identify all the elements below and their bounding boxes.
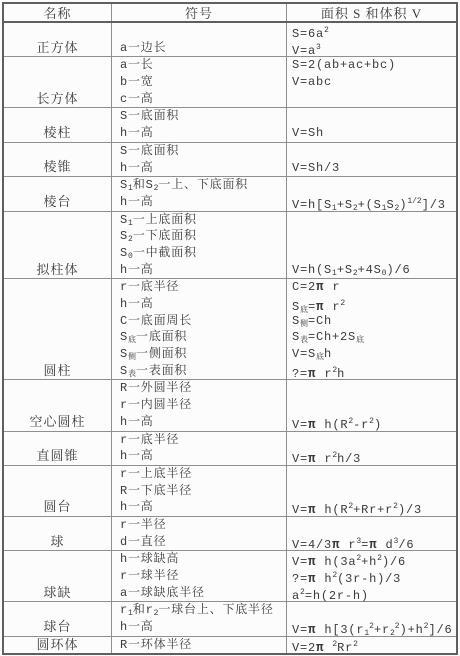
formula-line [292,228,456,245]
symbol-line: h一高 [120,619,286,636]
table-body: 正方体a一边长S=6a2V=a3长方体a一长b一宽c一高S=2(ab+ac+bc… [4,23,456,653]
symbol-line: S1一上底面积 [120,212,286,229]
formula-line [292,397,456,414]
shape-name: 球台 [43,619,71,636]
formula-cell: V=Sh/3 [287,143,456,176]
table-row: 棱台S1和S2一上、下底面积h一高V=h[S1+S2+(S1S2)1/2]/3 [4,177,456,211]
symbol-cell: S一底面积h一高 [112,108,287,141]
symbol-line: r一底半径 [120,279,286,296]
symbol-line: R一下底半径 [120,483,286,500]
table-row: 长方体a一长b一宽c一高S=2(ab+ac+bc)V=abc [4,57,456,108]
shape-name-cell: 球 [4,517,112,550]
formula-cell: V=π h[3(r12+r22)+h2]/6 [287,602,456,635]
symbol-cell: a一长b一宽c一高 [112,57,287,107]
shape-name: 棱锥 [43,159,71,176]
formula-cell: V=π h(R2+Rr+r2)/3 [287,466,456,516]
formula-line: V=4/3π r3=π d3/6 [292,534,456,551]
table-row: 圆柱r一底半径h一高C一底面周长S底一底面积S侧一侧面积S表一表面积C=2π r… [4,279,456,380]
formula-line [292,91,456,108]
formula-line: V=π h(R2+Rr+r2)/3 [292,499,456,516]
shape-name: 球 [50,534,64,551]
symbol-line: r一内圆半径 [120,397,286,414]
formula-line [292,380,456,397]
formula-line [292,177,456,194]
formula-line: ?=π r2h [292,363,456,380]
symbol-line: a一边长 [120,40,286,57]
shape-name-cell: 球缺 [4,551,112,601]
formula-line: V=Sh/3 [292,160,456,177]
formula-line: V=S底h [292,346,456,363]
symbol-cell: S1一上底面积S2一下底面积S0一中截面积h一高 [112,212,287,279]
table-row: 正方体a一边长S=6a2V=a3 [4,23,456,57]
formula-line [292,245,456,262]
symbol-line: r1和r2一球台上、下底半径 [120,602,286,619]
shape-name: 长方体 [36,91,78,108]
header-formula: 面积 S 和体积 V [287,4,456,21]
symbol-line: S0一中截面积 [120,245,286,262]
formula-cell: V=2π 2Rr2 [287,637,456,654]
shape-name-cell: 棱柱 [4,108,112,141]
symbol-line: h一高 [120,296,286,313]
symbol-cell: h一球缺高r一球半径a一球缺底半径 [112,551,287,601]
symbol-line [120,23,286,40]
table-row: 球台r1和r2一球台上、下底半径h一高V=π h[3(r12+r22)+h2]/… [4,602,456,636]
formula-line [292,143,456,160]
formula-line: V=abc [292,74,456,91]
symbol-line: h一高 [120,160,286,177]
shape-name: 圆环体 [36,637,78,654]
shape-name: 棱台 [43,194,71,211]
formula-cell: V=4/3π r3=π d3/6 [287,517,456,550]
formula-cell: S=6a2V=a3 [287,23,456,56]
formula-cell: V=π r2h/3 [287,432,456,465]
formula-line: V=π h(R2-r2) [292,414,456,431]
formula-line: V=π h[3(r12+r22)+h2]/6 [292,619,456,636]
symbol-line: r一上底半径 [120,466,286,483]
formula-line: V=h(S1+S2+4S0)/6 [292,262,456,279]
shape-name: 正方体 [36,40,78,57]
table-row: 圆台r一上底半径R一下底半径h一高V=π h(R2+Rr+r2)/3 [4,466,456,517]
symbol-cell: S一底面积h一高 [112,143,287,176]
formula-line: ?=π h2(3r-h)/3 [292,568,456,585]
symbol-line: r一球半径 [120,568,286,585]
shape-name-cell: 直圆锥 [4,432,112,465]
table-row: 拟柱体S1一上底面积S2一下底面积S0一中截面积h一高V=h(S1+S2+4S0… [4,212,456,280]
symbol-line: h一球缺高 [120,551,286,568]
table-row: 球缺h一球缺高r一球半径a一球缺底半径V=π h(3a2+h2)/6?=π h2… [4,551,456,602]
formula-cell: V=π h(R2-r2) [287,380,456,430]
symbol-cell: r1和r2一球台上、下底半径h一高 [112,602,287,635]
shape-name: 空心圆柱 [29,414,85,431]
shape-name: 棱柱 [43,125,71,142]
formula-line [292,466,456,483]
table-row: 球r一半径d一直径V=4/3π r3=π d3/6 [4,517,456,551]
table-row: 棱锥S一底面积h一高V=Sh/3 [4,143,456,177]
symbol-line: S2一下底面积 [120,228,286,245]
table-header: 名称 符号 面积 S 和体积 V [4,4,456,23]
formula-line [292,108,456,125]
header-name: 名称 [4,4,112,21]
formula-line: a2=h(2r-h) [292,585,456,602]
symbol-cell: r一半径d一直径 [112,517,287,550]
formula-line: V=Sh [292,125,456,142]
shape-name: 拟柱体 [36,262,78,279]
shape-name-cell: 球台 [4,602,112,635]
symbol-cell: a一边长 [112,23,287,56]
formula-line: S底=π r2 [292,296,456,313]
shape-name-cell: 拟柱体 [4,212,112,279]
formula-line: C=2π r [292,279,456,296]
formula-cell: V=h[S1+S2+(S1S2)1/2]/3 [287,177,456,210]
symbol-cell: S1和S2一上、下底面积h一高 [112,177,287,210]
formula-cell: V=h(S1+S2+4S0)/6 [287,212,456,279]
symbol-line: S表一表面积 [120,363,286,380]
symbol-line: h一高 [120,262,286,279]
shape-name-cell: 棱台 [4,177,112,210]
shape-name-cell: 正方体 [4,23,112,56]
symbol-line: r一底半径 [120,432,286,449]
table-row: 直圆锥r一底半径h一高V=π r2h/3 [4,432,456,466]
symbol-line: c一高 [120,91,286,108]
table-row: 棱柱S一底面积h一高V=Sh [4,108,456,142]
symbol-line: S一底面积 [120,108,286,125]
symbol-line: R一外圆半径 [120,380,286,397]
symbol-line: h一高 [120,125,286,142]
symbol-line: b一宽 [120,74,286,91]
shape-name-cell: 空心圆柱 [4,380,112,430]
symbol-cell: r一底半径h一高C一底面周长S底一底面积S侧一侧面积S表一表面积 [112,279,287,379]
formula-line [292,483,456,500]
formula-line: S侧=Ch [292,313,456,330]
symbol-line: a一球缺底半径 [120,585,286,602]
formula-table: 名称 符号 面积 S 和体积 V 正方体a一边长S=6a2V=a3长方体a一长b… [2,2,458,655]
symbol-line: a一长 [120,57,286,74]
header-symbol: 符号 [112,4,287,21]
shape-name-cell: 圆台 [4,466,112,516]
symbol-cell: r一上底半径R一下底半径h一高 [112,466,287,516]
formula-line [292,517,456,534]
shape-name-cell: 圆柱 [4,279,112,379]
symbol-line: S1和S2一上、下底面积 [120,177,286,194]
table-row: 空心圆柱R一外圆半径r一内圆半径h一高V=π h(R2-r2) [4,380,456,431]
symbol-line: r一半径 [120,517,286,534]
formula-line: V=π r2h/3 [292,448,456,465]
formula-line [292,432,456,449]
shape-name: 圆柱 [43,363,71,380]
formula-cell: S=2(ab+ac+bc)V=abc [287,57,456,107]
formula-cell: V=Sh [287,108,456,141]
symbol-line: h一高 [120,499,286,516]
symbol-line: S一底面积 [120,143,286,160]
formula-line: S=6a2 [292,23,456,40]
symbol-cell: R一外圆半径r一内圆半径h一高 [112,380,287,430]
shape-name-cell: 长方体 [4,57,112,107]
formula-cell: C=2π rS底=π r2S侧=ChS表=Ch+2S底V=S底h?=π r2h [287,279,456,379]
symbol-line: h一高 [120,194,286,211]
symbol-line: C一底面周长 [120,313,286,330]
table-row: 圆环体R一环体半径V=2π 2Rr2 [4,637,456,654]
shape-name: 球缺 [43,585,71,602]
symbol-line: h一高 [120,448,286,465]
symbol-cell: r一底半径h一高 [112,432,287,465]
formula-line: V=a3 [292,40,456,57]
formula-line: S=2(ab+ac+bc) [292,57,456,74]
symbol-line: S底一底面积 [120,329,286,346]
shape-name: 直圆锥 [36,448,78,465]
shape-name: 圆台 [43,499,71,516]
formula-cell: V=π h(3a2+h2)/6?=π h2(3r-h)/3a2=h(2r-h) [287,551,456,601]
symbol-line: R一环体半径 [120,637,286,654]
shape-name-cell: 圆环体 [4,637,112,654]
shape-name-cell: 棱锥 [4,143,112,176]
formula-line: V=h[S1+S2+(S1S2)1/2]/3 [292,194,456,211]
formula-line [292,212,456,229]
symbol-cell: R一环体半径 [112,637,287,654]
symbol-line: h一高 [120,414,286,431]
symbol-line: S侧一侧面积 [120,346,286,363]
formula-line: V=2π 2Rr2 [292,637,456,654]
symbol-line: d一直径 [120,534,286,551]
formula-line: V=π h(3a2+h2)/6 [292,551,456,568]
formula-line [292,602,456,619]
formula-line: S表=Ch+2S底 [292,329,456,346]
